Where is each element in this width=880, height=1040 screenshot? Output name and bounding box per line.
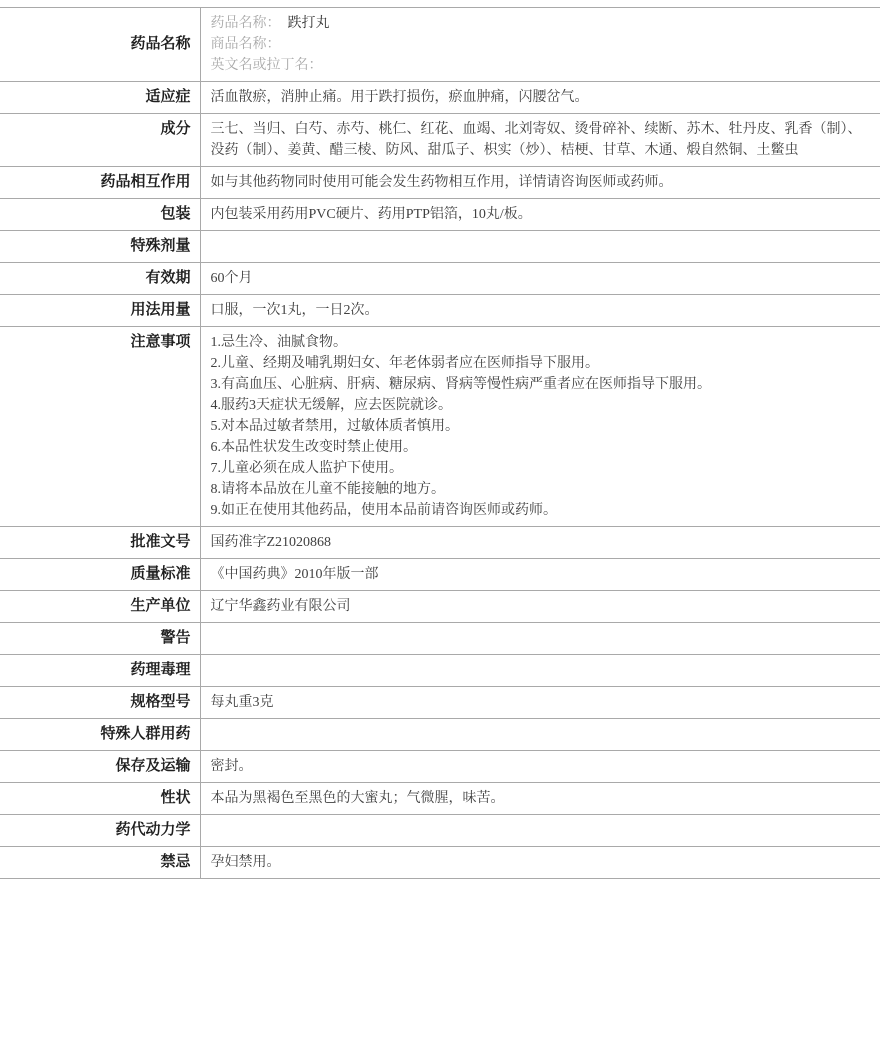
- row-approval-number: 批准文号 国药准字Z21020868: [0, 527, 880, 559]
- row-label-description: 性状: [0, 783, 200, 815]
- row-content-drug-name: 药品名称：跌打丸 商品名称： 英文名或拉丁名：: [200, 8, 880, 82]
- row-content-quality-standard: 《中国药典》2010年版一部: [200, 559, 880, 591]
- precaution-item: 1.忌生冷、油腻食物。: [211, 332, 867, 353]
- row-content-specification: 每丸重3克: [200, 687, 880, 719]
- row-content-manufacturer: 辽宁华鑫药业有限公司: [200, 591, 880, 623]
- row-label-drug-name: 药品名称: [0, 8, 200, 82]
- row-indications: 适应症 活血散瘀，消肿止痛。用于跌打损伤，瘀血肿痛，闪腰岔气。: [0, 82, 880, 114]
- row-content-dosage-usage: 口服，一次1丸，一日2次。: [200, 295, 880, 327]
- row-storage-transport: 保存及运输 密封。: [0, 751, 880, 783]
- precaution-item: 6.本品性状发生改变时禁止使用。: [211, 437, 867, 458]
- row-content-indications: 活血散瘀，消肿止痛。用于跌打损伤，瘀血肿痛，闪腰岔气。: [200, 82, 880, 114]
- row-label-indications: 适应症: [0, 82, 200, 114]
- row-specification: 规格型号 每丸重3克: [0, 687, 880, 719]
- precaution-item: 3.有高血压、心脏病、肝病、糖尿病、肾病等慢性病严重者应在医师指导下服用。: [211, 374, 867, 395]
- drug-info-table: 药品名称 药品名称：跌打丸 商品名称： 英文名或拉丁名： 适应症 活血散瘀，消肿…: [0, 7, 880, 879]
- row-content-drug-interactions: 如与其他药物同时使用可能会发生药物相互作用，详情请咨询医师或药师。: [200, 167, 880, 199]
- row-content-precautions: 1.忌生冷、油腻食物。 2.儿童、经期及哺乳期妇女、年老体弱者应在医师指导下服用…: [200, 327, 880, 527]
- row-content-ingredients: 三七、当归、白芍、赤芍、桃仁、红花、血竭、北刘寄奴、烫骨碎补、续断、苏木、牡丹皮…: [200, 114, 880, 167]
- row-label-pharmacology-toxicology: 药理毒理: [0, 655, 200, 687]
- row-description: 性状 本品为黑褐色至黑色的大蜜丸；气微腥，味苦。: [0, 783, 880, 815]
- precaution-item: 2.儿童、经期及哺乳期妇女、年老体弱者应在医师指导下服用。: [211, 353, 867, 374]
- row-label-pharmacokinetics: 药代动力学: [0, 815, 200, 847]
- row-label-drug-interactions: 药品相互作用: [0, 167, 200, 199]
- field-value: 跌打丸: [288, 16, 330, 31]
- row-label-warning: 警告: [0, 623, 200, 655]
- row-label-storage-transport: 保存及运输: [0, 751, 200, 783]
- row-label-shelf-life: 有效期: [0, 263, 200, 295]
- row-label-contraindications: 禁忌: [0, 847, 200, 879]
- row-content-special-populations: [200, 719, 880, 751]
- drug-name-line: 药品名称：跌打丸: [211, 13, 867, 34]
- row-label-special-populations: 特殊人群用药: [0, 719, 200, 751]
- row-quality-standard: 质量标准 《中国药典》2010年版一部: [0, 559, 880, 591]
- row-label-special-dosage: 特殊剂量: [0, 231, 200, 263]
- field-name: 商品名称：: [211, 37, 281, 52]
- row-special-dosage: 特殊剂量: [0, 231, 880, 263]
- row-drug-name: 药品名称 药品名称：跌打丸 商品名称： 英文名或拉丁名：: [0, 8, 880, 82]
- field-name: 英文名或拉丁名：: [211, 58, 323, 73]
- row-content-pharmacokinetics: [200, 815, 880, 847]
- row-label-specification: 规格型号: [0, 687, 200, 719]
- row-special-populations: 特殊人群用药: [0, 719, 880, 751]
- row-dosage-usage: 用法用量 口服，一次1丸，一日2次。: [0, 295, 880, 327]
- english-name-line: 英文名或拉丁名：: [211, 55, 867, 76]
- row-label-ingredients: 成分: [0, 114, 200, 167]
- row-label-precautions: 注意事项: [0, 327, 200, 527]
- row-content-shelf-life: 60个月: [200, 263, 880, 295]
- row-label-manufacturer: 生产单位: [0, 591, 200, 623]
- row-content-special-dosage: [200, 231, 880, 263]
- row-content-approval-number: 国药准字Z21020868: [200, 527, 880, 559]
- row-content-pharmacology-toxicology: [200, 655, 880, 687]
- row-ingredients: 成分 三七、当归、白芍、赤芍、桃仁、红花、血竭、北刘寄奴、烫骨碎补、续断、苏木、…: [0, 114, 880, 167]
- row-label-quality-standard: 质量标准: [0, 559, 200, 591]
- precaution-item: 8.请将本品放在儿童不能接触的地方。: [211, 479, 867, 500]
- row-warning: 警告: [0, 623, 880, 655]
- row-precautions: 注意事项 1.忌生冷、油腻食物。 2.儿童、经期及哺乳期妇女、年老体弱者应在医师…: [0, 327, 880, 527]
- row-label-packaging: 包装: [0, 199, 200, 231]
- row-manufacturer: 生产单位 辽宁华鑫药业有限公司: [0, 591, 880, 623]
- field-name: 药品名称：: [211, 16, 281, 31]
- row-packaging: 包装 内包装采用药用PVC硬片、药用PTP铝箔，10丸/板。: [0, 199, 880, 231]
- precaution-item: 4.服药3天症状无缓解，应去医院就诊。: [211, 395, 867, 416]
- row-label-approval-number: 批准文号: [0, 527, 200, 559]
- row-content-contraindications: 孕妇禁用。: [200, 847, 880, 879]
- precaution-item: 9.如正在使用其他药品，使用本品前请咨询医师或药师。: [211, 500, 867, 521]
- trade-name-line: 商品名称：: [211, 34, 867, 55]
- row-drug-interactions: 药品相互作用 如与其他药物同时使用可能会发生药物相互作用，详情请咨询医师或药师。: [0, 167, 880, 199]
- row-content-storage-transport: 密封。: [200, 751, 880, 783]
- row-pharmacokinetics: 药代动力学: [0, 815, 880, 847]
- precaution-item: 5.对本品过敏者禁用，过敏体质者慎用。: [211, 416, 867, 437]
- row-content-description: 本品为黑褐色至黑色的大蜜丸；气微腥，味苦。: [200, 783, 880, 815]
- row-content-warning: [200, 623, 880, 655]
- row-content-packaging: 内包装采用药用PVC硬片、药用PTP铝箔，10丸/板。: [200, 199, 880, 231]
- row-shelf-life: 有效期 60个月: [0, 263, 880, 295]
- precaution-item: 7.儿童必须在成人监护下使用。: [211, 458, 867, 479]
- row-contraindications: 禁忌 孕妇禁用。: [0, 847, 880, 879]
- row-label-dosage-usage: 用法用量: [0, 295, 200, 327]
- row-pharmacology-toxicology: 药理毒理: [0, 655, 880, 687]
